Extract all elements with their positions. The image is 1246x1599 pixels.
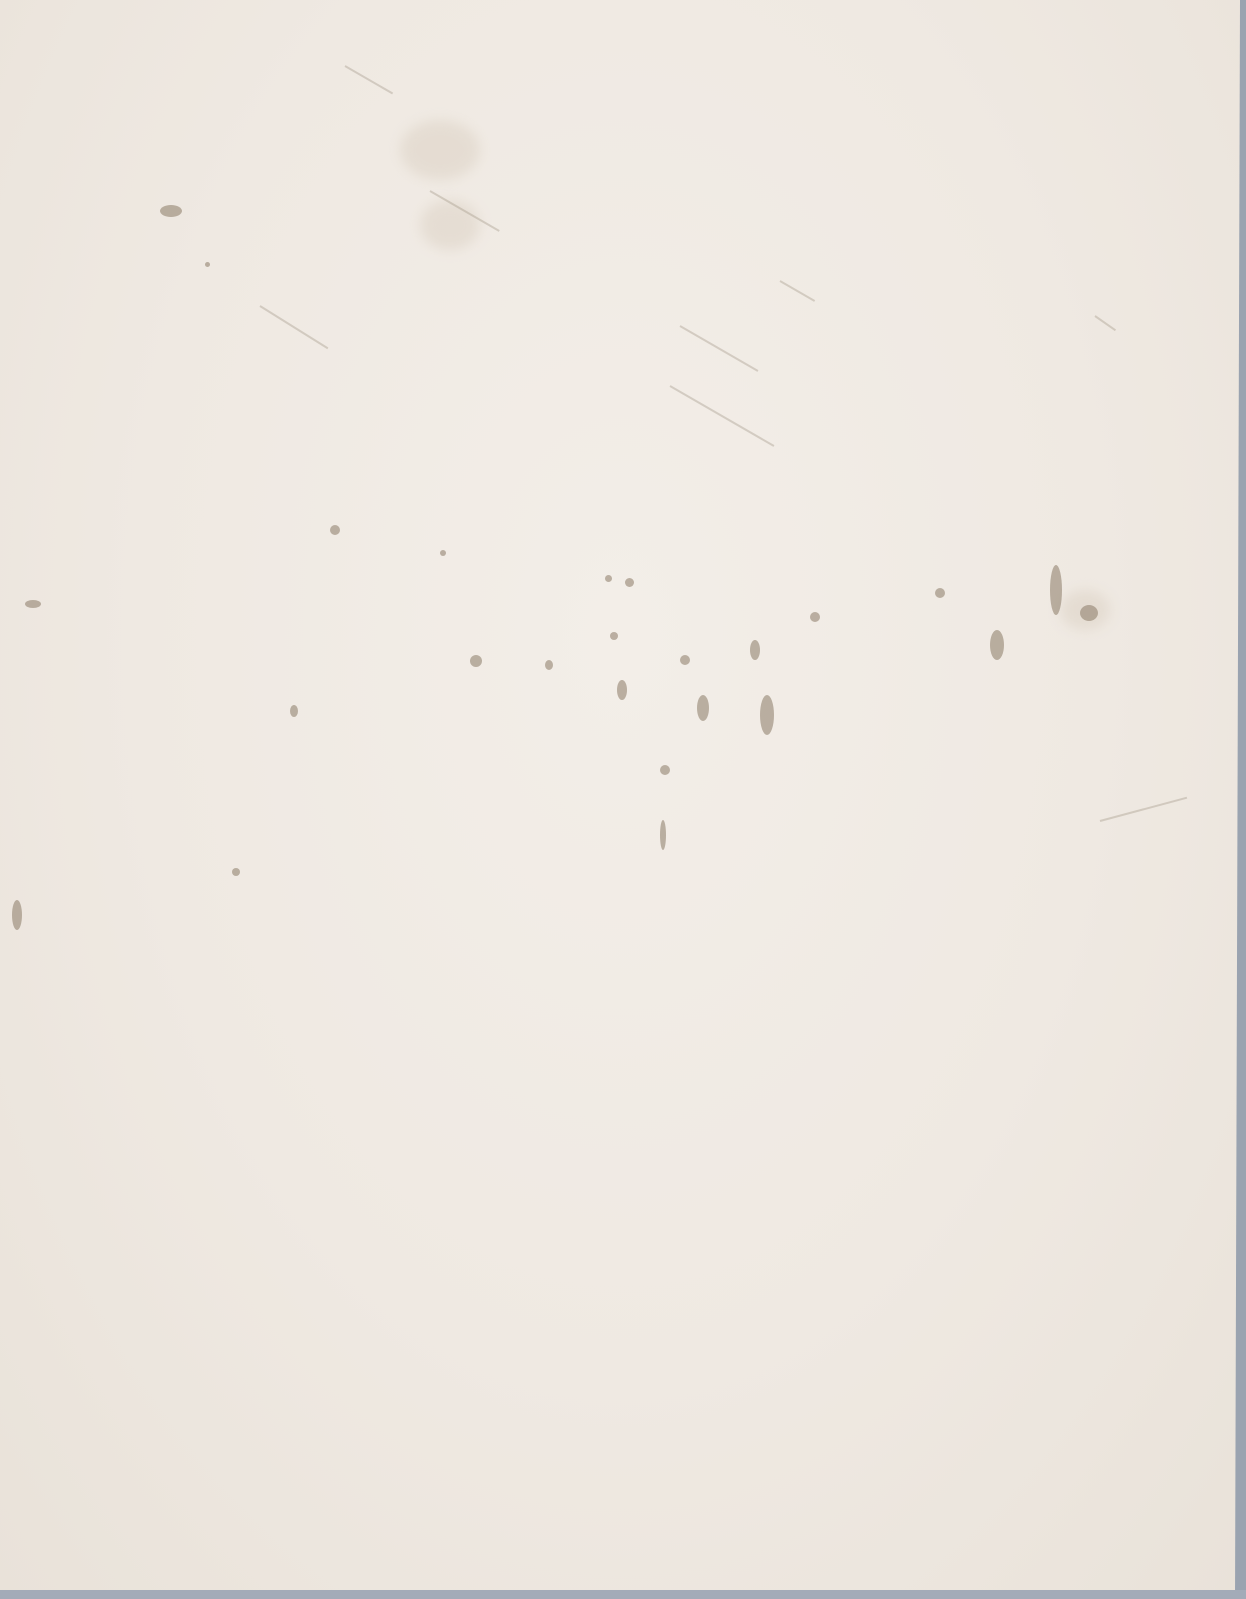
stain-spot	[935, 588, 945, 598]
stain-streak	[345, 65, 394, 94]
stain-spot	[290, 705, 298, 717]
stain-spot	[12, 900, 22, 930]
stain-spot	[610, 632, 618, 640]
smudge	[420, 200, 480, 250]
stain-streak	[670, 385, 775, 447]
scanner-bed-edge	[0, 1590, 1246, 1599]
stain-spot	[810, 612, 820, 622]
stain-streak	[680, 325, 759, 372]
stain-spot	[750, 640, 760, 660]
show-through-marks	[525, 400, 541, 455]
stain-spot	[680, 655, 690, 665]
stain-streak	[780, 280, 816, 302]
stain-streak	[259, 305, 328, 349]
stain-spot	[160, 205, 182, 217]
stain-spot	[617, 680, 627, 700]
stain-spot	[1080, 605, 1098, 621]
stain-spot	[660, 820, 666, 850]
stain-streak	[1100, 797, 1187, 822]
stain-spot	[605, 575, 612, 582]
stain-spot	[545, 660, 553, 670]
stain-spot	[625, 578, 634, 587]
smudge	[400, 120, 480, 180]
stain-spot	[660, 765, 670, 775]
stain-spot	[440, 550, 446, 556]
stain-spot	[697, 695, 709, 721]
stain-spot	[25, 600, 41, 608]
stain-spot	[470, 655, 482, 667]
stain-spot	[205, 262, 210, 267]
stain-spot	[232, 868, 240, 876]
stain-spot	[330, 525, 340, 535]
stain-spot	[1050, 565, 1062, 615]
stain-spot	[760, 695, 774, 735]
stain-streak	[1094, 315, 1116, 331]
paper-sheet	[0, 0, 1240, 1590]
stain-spot	[990, 630, 1004, 660]
